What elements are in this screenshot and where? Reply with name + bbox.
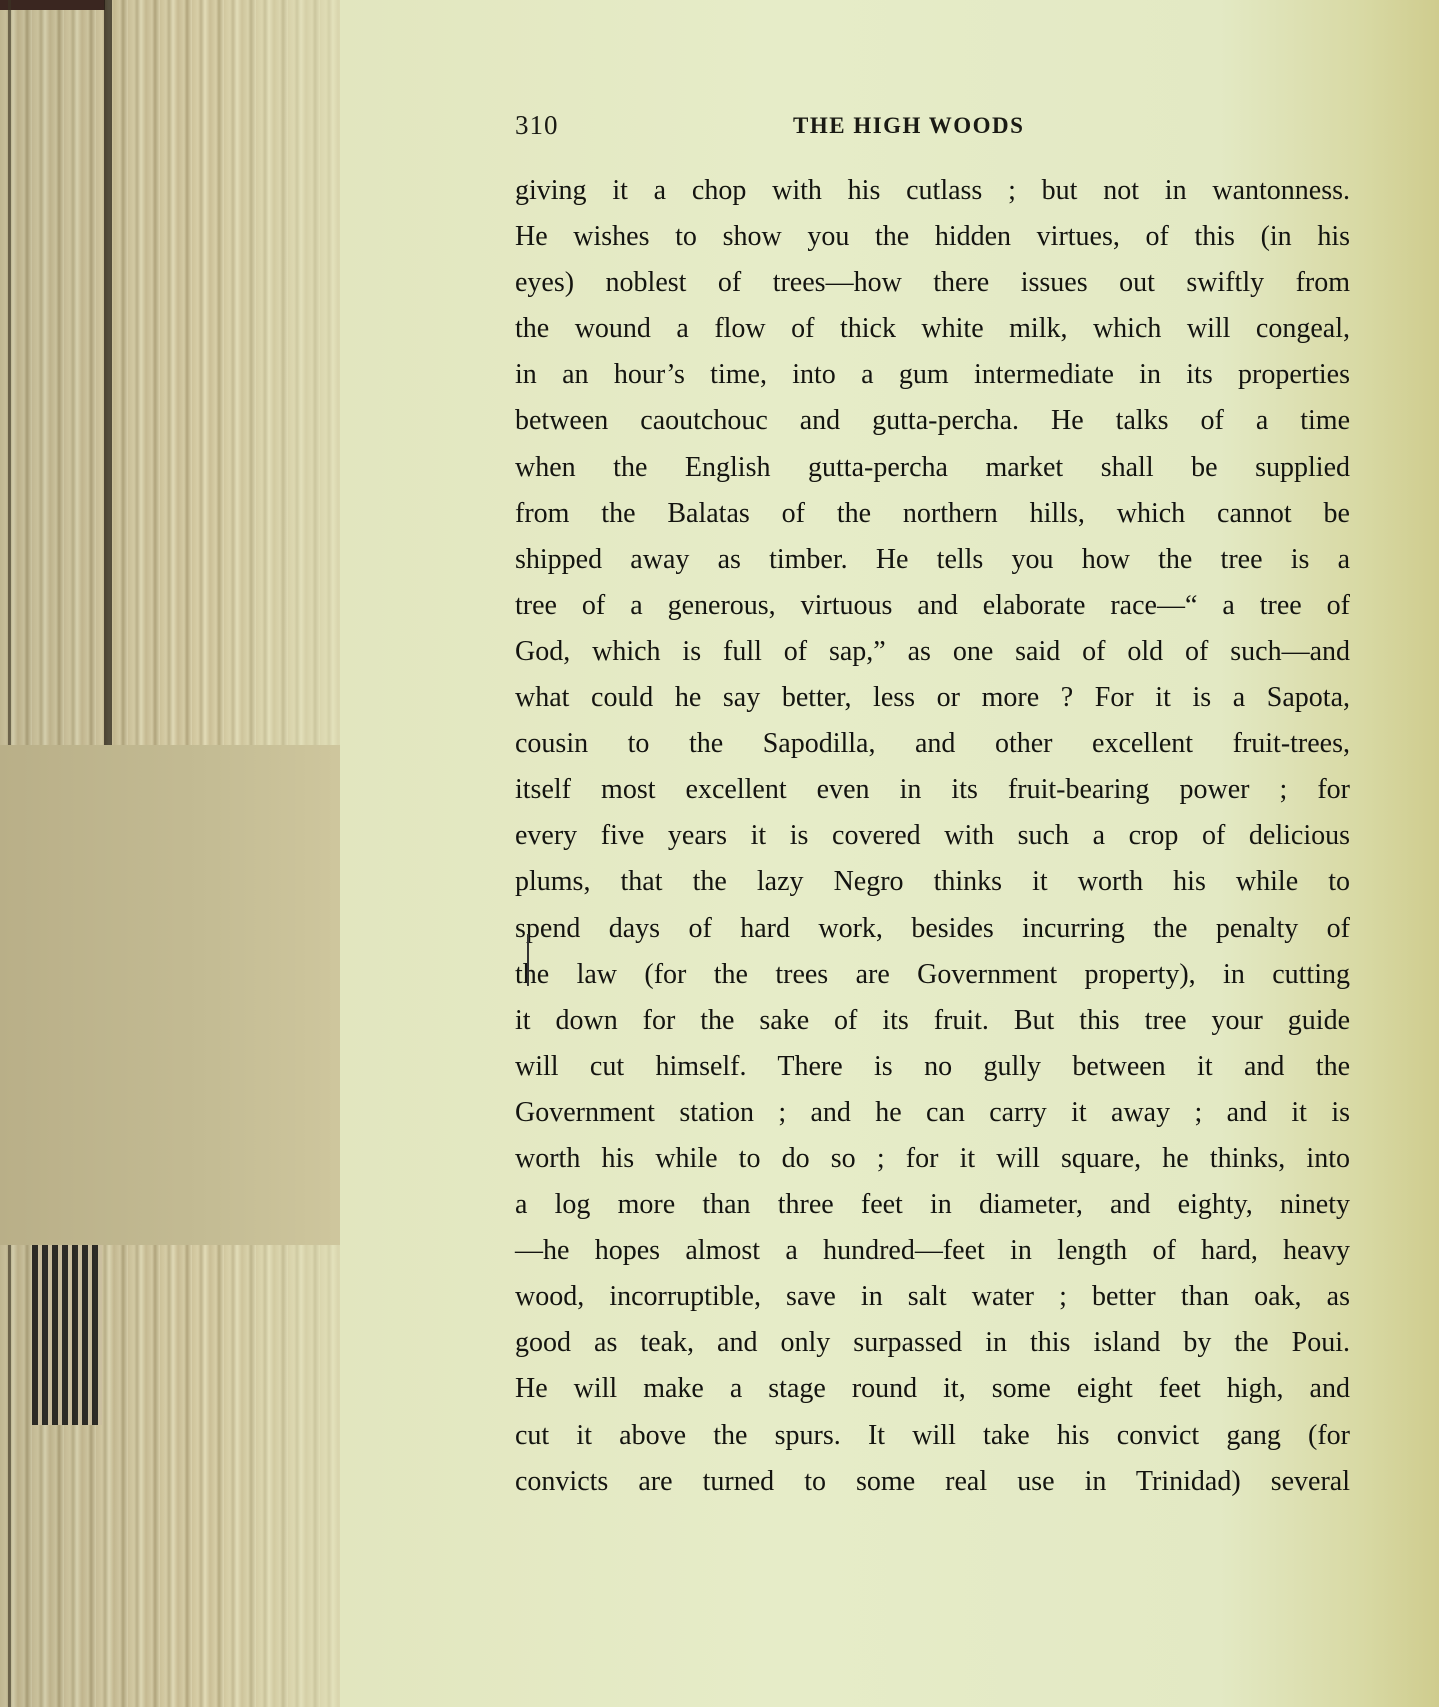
margin-scan-mark bbox=[527, 934, 529, 986]
text-line: spend days of hard work, besides incurri… bbox=[515, 906, 1350, 952]
text-line: a log more than three feet in diameter, … bbox=[515, 1182, 1350, 1228]
text-line: wood, incorruptible, save in salt water … bbox=[515, 1274, 1350, 1320]
text-line: He will make a stage round it, some eigh… bbox=[515, 1366, 1350, 1412]
text-line: cousin to the Sapodilla, and other excel… bbox=[515, 721, 1350, 767]
page-number: 310 bbox=[515, 110, 559, 141]
text-line: tree of a generous, virtuous and elabora… bbox=[515, 583, 1350, 629]
text-line: eyes) noblest of trees—how there issues … bbox=[515, 260, 1350, 306]
text-line: what could he say better, less or more ?… bbox=[515, 675, 1350, 721]
text-line: in an hour’s time, into a gum intermedia… bbox=[515, 352, 1350, 398]
page-edge-shadow bbox=[104, 0, 112, 750]
body-text: giving it a chop with his cutlass ; but … bbox=[515, 168, 1350, 1505]
text-line: worth his while to do so ; for it will s… bbox=[515, 1136, 1350, 1182]
running-title: THE HIGH WOODS bbox=[793, 113, 1024, 139]
text-line: plums, that the lazy Negro thinks it wor… bbox=[515, 859, 1350, 905]
text-line: —he hopes almost a hundred—feet in lengt… bbox=[515, 1228, 1350, 1274]
text-line: shipped away as timber. He tells you how… bbox=[515, 537, 1350, 583]
text-line: will cut himself. There is no gully betw… bbox=[515, 1044, 1350, 1090]
text-line: itself most excellent even in its fruit-… bbox=[515, 767, 1350, 813]
page-edge-dark-top bbox=[0, 0, 105, 10]
text-line: He wishes to show you the hidden virtues… bbox=[515, 214, 1350, 260]
text-line: good as teak, and only surpassed in this… bbox=[515, 1320, 1350, 1366]
text-line: Government station ; and he can carry it… bbox=[515, 1090, 1350, 1136]
text-line: the wound a flow of thick white milk, wh… bbox=[515, 306, 1350, 352]
text-line: giving it a chop with his cutlass ; but … bbox=[515, 168, 1350, 214]
text-line: between caoutchouc and gutta-percha. He … bbox=[515, 398, 1350, 444]
page-header: 310 THE HIGH WOODS bbox=[515, 110, 1075, 150]
text-line: God, which is full of sap,” as one said … bbox=[515, 629, 1350, 675]
text-line: cut it above the spurs. It will take his… bbox=[515, 1413, 1350, 1459]
text-line: convicts are turned to some real use in … bbox=[515, 1459, 1350, 1505]
text-line: every five years it is covered with such… bbox=[515, 813, 1350, 859]
text-line: it down for the sake of its fruit. But t… bbox=[515, 998, 1350, 1044]
text-line: from the Balatas of the northern hills, … bbox=[515, 491, 1350, 537]
text-line: the law (for the trees are Government pr… bbox=[515, 952, 1350, 998]
text-line: when the English gutta-percha market sha… bbox=[515, 445, 1350, 491]
page-edge-print-bleed bbox=[32, 1245, 102, 1425]
